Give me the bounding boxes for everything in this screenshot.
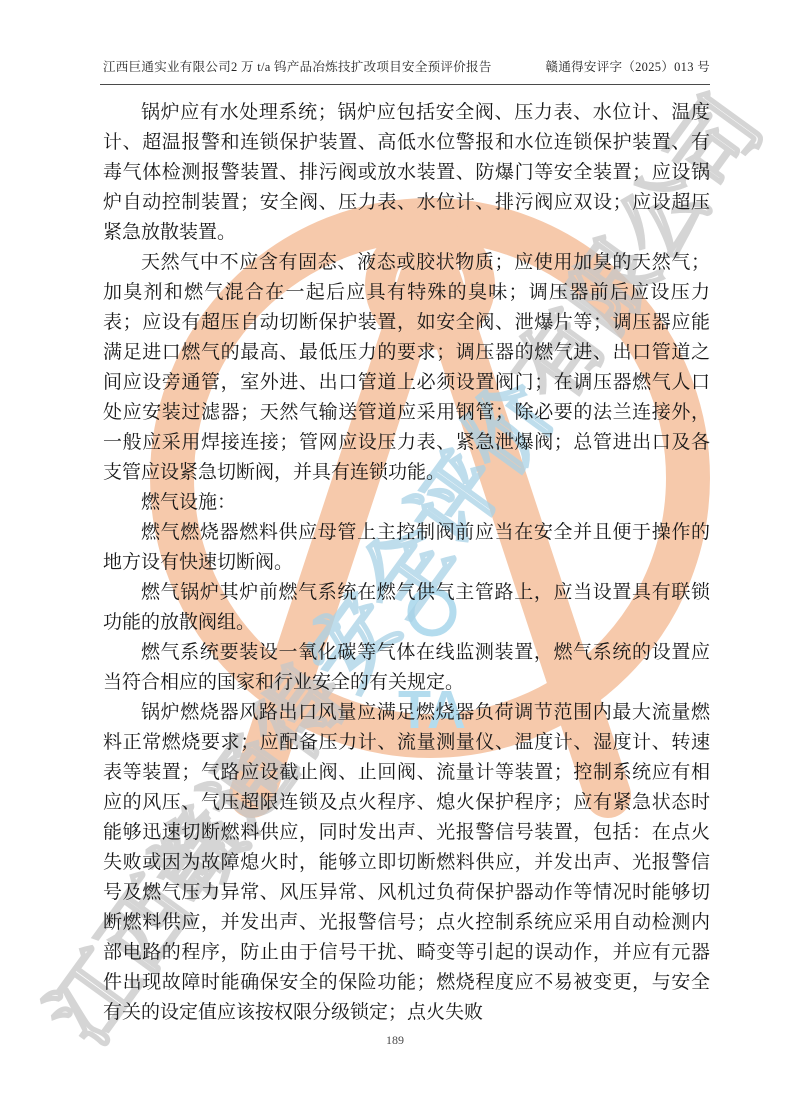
page-footer: 189	[0, 1033, 790, 1048]
header-divider	[100, 84, 710, 85]
document-page: TA 江西赣通得安全评价有限公司 江西巨通实业有限公司2 万 t/a 钨产品冶炼…	[0, 0, 790, 1117]
paragraph-boiler-water-system: 锅炉应有水处理系统；锅炉应包括安全阀、压力表、水位计、温度计、超温报警和连锁保护…	[103, 98, 710, 248]
paragraph-boiler-vent-valve-group: 燃气锅炉其炉前燃气系统在燃气供气主管路上，应当设置具有联锁功能的放散阀组。	[103, 578, 710, 638]
header-left-title: 江西巨通实业有限公司2 万 t/a 钨产品冶炼技扩改项目安全预评价报告	[103, 57, 492, 75]
page-number: 189	[386, 1033, 404, 1047]
document-body: 锅炉应有水处理系统；锅炉应包括安全阀、压力表、水位计、温度计、超温报警和连锁保护…	[103, 98, 710, 1028]
header-right-doc-number: 赣通得安评字（2025）013 号	[546, 57, 710, 75]
page-header: 江西巨通实业有限公司2 万 t/a 钨产品冶炼技扩改项目安全预评价报告 赣通得安…	[103, 57, 710, 75]
paragraph-burner-shutoff-valve: 燃气燃烧器燃料供应母管上主控制阀前应当在安全并且便于操作的地方设有快速切断阀。	[103, 518, 710, 578]
paragraph-natural-gas-requirements: 天然气中不应含有固态、液态或胶状物质；应使用加臭的天然气；加臭剂和燃气混合在一起…	[103, 248, 710, 488]
paragraph-burner-air-control-system: 锅炉燃烧器风路出口风量应满足燃烧器负荷调节范围内最大流量燃料正常燃烧要求；应配备…	[103, 698, 710, 1028]
paragraph-co-monitoring: 燃气系统要装设一氧化碳等气体在线监测装置，燃气系统的设置应当符合相应的国家和行业…	[103, 638, 710, 698]
paragraph-gas-facilities-heading: 燃气设施：	[103, 488, 710, 518]
